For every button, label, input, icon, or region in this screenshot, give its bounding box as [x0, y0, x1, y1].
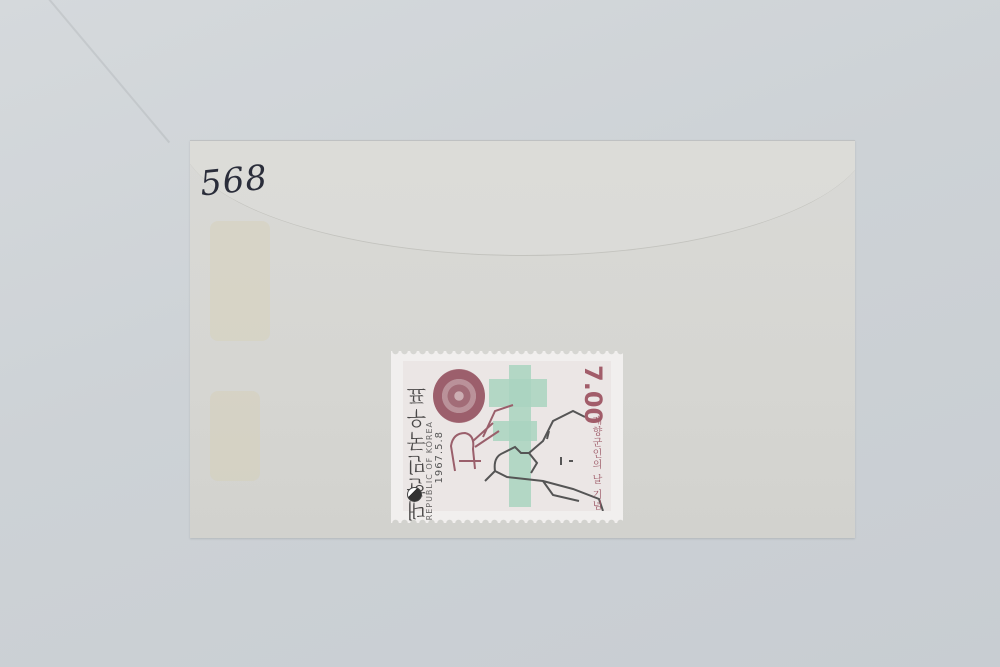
issue-date: 1967.5.8	[434, 431, 445, 484]
envelope-stain	[210, 221, 270, 341]
stamp-design: 대한민국우표 REPUBLIC OF KOREA 1967.5.8 7.00 재…	[403, 361, 611, 511]
taegeuk-emblem-icon	[407, 487, 422, 502]
background-crease	[40, 0, 170, 143]
commemorative-caption: 재향군인의 날 기념	[588, 415, 603, 511]
postage-stamp: 대한민국우표 REPUBLIC OF KOREA 1967.5.8 7.00 재…	[391, 351, 623, 523]
envelope-flap	[190, 140, 855, 256]
handwritten-number: 568	[198, 158, 270, 205]
envelope-stain	[210, 391, 260, 481]
country-name-english: REPUBLIC OF KOREA	[425, 421, 434, 520]
